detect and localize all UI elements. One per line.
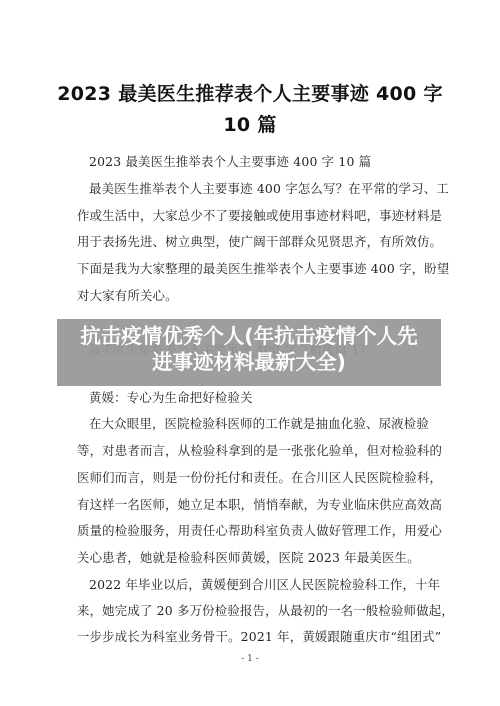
body-line: 有这样一名医师，她立足本职，悄悄奉献，为专业临床供应高效高 <box>77 497 424 513</box>
document-page: 2023 最美医生推荐表个人主要事迹 400 字 10 篇 2023 最美医生推… <box>0 0 500 706</box>
paragraph-line: 对大家有所关心。 <box>77 288 424 304</box>
body-line: 关心患者，她就是检验科医师黄媛，医院 2023 年最美医生。 <box>77 550 424 566</box>
body-line: 2022 年毕业以后，黄媛便到合川区人民医院检验科工作，十年 <box>89 577 424 593</box>
paragraph-line: 最美医生推举表个人主要事迹 400 字怎么写？在平常的学习、工 <box>89 181 424 197</box>
body-line: 医师们而言，则是一份份托付和责任。在合川区人民医院检验科， <box>77 470 424 486</box>
body-line: 黄媛：专心为生命把好检验关 <box>89 390 424 406</box>
document-title-line-1: 2023 最美医生推荐表个人主要事迹 400 字 <box>0 79 500 106</box>
body-line: 来，她完成了 20 多万份检验报告，从最初的一名一般检验师做起， <box>77 603 424 619</box>
paragraph-line: 下面是我为大家整理的最美医生推举表个人主要事迹 400 字，盼望 <box>77 261 424 277</box>
page-number: - 1 - <box>0 654 500 664</box>
body-line: 一步步成长为科室业务骨干。2021 年，黄媛跟随重庆市“组团式” <box>77 629 424 645</box>
body-line: 在大众眼里，医院检验科医师的工作就是抽血化验、尿液检验 <box>89 416 424 432</box>
paragraph-line: 用于表扬先进、树立典型，使广阔干部群众见贤思齐，有所效仿。 <box>77 234 424 250</box>
document-title-line-2: 10 篇 <box>0 110 500 137</box>
overlay-title-line-1: 抗击疫情优秀个人(年抗击疫情个人先 <box>57 324 441 348</box>
overlay-title-line-2: 进事迹材料最新大全) <box>57 350 441 374</box>
paragraph-line: 作或生活中，大家总少不了要接触或使用事迹材料吧，事迹材料是 <box>77 208 424 224</box>
paragraph-line: 2023 最美医生推举表个人主要事迹 400 字 10 篇 <box>89 154 424 170</box>
body-line: 等，对患者而言，从检验科拿到的是一张张化验单，但对检验科的 <box>77 443 424 459</box>
body-line: 质量的检验服务，用责任心帮助科室负责人做好管理工作，用爱心 <box>77 523 424 539</box>
